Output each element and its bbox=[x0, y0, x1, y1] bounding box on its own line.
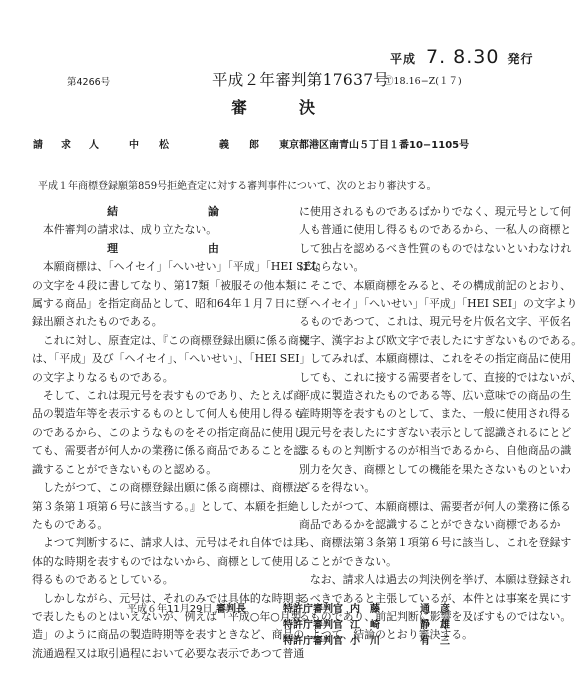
text-line: 現元号を表したにすぎない表示として認識されるにとど bbox=[299, 424, 561, 442]
intro-statement: 平成１年商標登録願第859号拒絶査定に対する審判事件について、次のとおり審決する… bbox=[38, 177, 437, 192]
text-line: のであるから、このようなものをその指定商品に使用し bbox=[32, 424, 294, 442]
text-line: 得るものであるとしている。 bbox=[32, 571, 294, 589]
page-title: 審決 bbox=[231, 95, 315, 118]
judge-role: 特許庁審判官 bbox=[283, 600, 350, 615]
claimant-surname: 中松 bbox=[129, 140, 189, 151]
claimant-label: 請求人 bbox=[33, 140, 117, 151]
text-line: 造」のように商品の製造時期等を表すときなど、商品の bbox=[32, 626, 294, 644]
document-number: 第4266号 bbox=[67, 74, 110, 88]
paragraph-start-line: そこで、本願商標をみると、その構成前記のとおり、 bbox=[299, 277, 561, 295]
judge-name-char: 崎 bbox=[370, 616, 390, 631]
judge-name-char: 藤 bbox=[370, 600, 390, 615]
judge-name-char: 彦 bbox=[440, 600, 460, 615]
heading-char: 由 bbox=[208, 242, 219, 255]
text-line: 「ヘイセイ」「へいせい」「平成」「HEI SEI」の文字よりな bbox=[299, 295, 561, 313]
text-line: の文字を４段に書してなり、第17類「被服その他本類に bbox=[32, 277, 294, 295]
decision-date: 平成６年11月29日 bbox=[127, 600, 212, 615]
body-left-column: 結論本件審判の請求は、成り立たない。理由本願商標は、「ヘイセイ」「へいせい」「平… bbox=[32, 203, 294, 663]
title-char: 審 bbox=[231, 98, 247, 117]
text-line: ら、商標法第３条第１項第６号に該当し、これを登録す bbox=[299, 534, 561, 552]
claimant-line: 請求人中松義郎東京都港区南青山５丁目１番10−1105号 bbox=[33, 136, 469, 151]
paragraph-start-line: してみれば、本願商標は、これをその指定商品に使用 bbox=[299, 350, 561, 368]
panel-member: 特許庁審判官内藤通彦 bbox=[283, 600, 460, 615]
judge-name-char: 江 bbox=[350, 616, 370, 631]
panel-member: 特許庁審判官小川有三 bbox=[283, 632, 460, 647]
paragraph-start-line: なお、請求人は過去の判決例を挙げ、本願は登録され bbox=[299, 571, 561, 589]
judge-name-char: 雄 bbox=[440, 616, 460, 631]
judge-role: 特許庁審判官 bbox=[283, 616, 350, 631]
paragraph-start-line: 本件審判の請求は、成り立たない。 bbox=[32, 221, 294, 239]
judge-name-char: 川 bbox=[370, 632, 390, 647]
text-line: 第３条第１項第６号に該当する。』として、本願を拒絶し bbox=[32, 498, 294, 516]
text-line: 文字、漢字および欧文字で表したにすぎないものである。 bbox=[299, 332, 561, 350]
name-char: 郎 bbox=[249, 140, 259, 151]
text-line: 体的な時期を表すものではないから、商標として使用し bbox=[32, 553, 294, 571]
case-number: 平成２年審判第17637号 bbox=[212, 68, 389, 90]
judge-name-char: 三 bbox=[440, 632, 460, 647]
judge-name-char: 内 bbox=[350, 600, 370, 615]
paragraph-start-line: したがつて、本願商標は、需要者が何人の業務に係る bbox=[299, 498, 561, 516]
text-line: に使用されるものであるばかりでなく、現元号として何 bbox=[299, 203, 561, 221]
text-line: の文字よりなるものである。 bbox=[32, 369, 294, 387]
text-line: 商品であるかを認識することができない商標であるか bbox=[299, 516, 561, 534]
paragraph-start-line: よつて判断するに、請求人は、元号はそれ自体では具 bbox=[32, 534, 294, 552]
paragraph-start-line: そして、これは現元号を表すものであり、たとえば商 bbox=[32, 387, 294, 405]
text-line: ても、需要者が何人かの業務に係る商品であることを認 bbox=[32, 442, 294, 460]
issue-date-value: 7. 8.30 bbox=[426, 46, 499, 68]
judge-name-char: 通 bbox=[420, 600, 440, 615]
text-line: しても、これに接する需要者をして、直接的ではないが、 bbox=[299, 369, 561, 387]
body-right-column: に使用されるものであるばかりでなく、現元号として何人も普通に使用し得るものである… bbox=[299, 203, 561, 645]
section-heading: 結論 bbox=[32, 203, 294, 221]
name-char: 松 bbox=[159, 140, 169, 151]
text-line: ざるを得ない。 bbox=[299, 479, 561, 497]
text-line: は、「平成」及び「ヘイセイ」、「へいせい」、「HEI SEI」 bbox=[32, 350, 294, 368]
text-line: 属する商品」を指定商品として、昭和64年１月７日に登 bbox=[32, 295, 294, 313]
judge-role: 特許庁審判官 bbox=[283, 632, 350, 647]
label-char: 求 bbox=[61, 140, 71, 151]
text-line: たものである。 bbox=[32, 516, 294, 534]
text-line: 人も普通に使用し得るものであるから、一私人の商標と bbox=[299, 221, 561, 239]
label-char: 請 bbox=[33, 140, 43, 151]
text-line: 識することができないものと認める。 bbox=[32, 461, 294, 479]
name-char: 義 bbox=[219, 140, 229, 151]
issue-era: 平成 bbox=[390, 52, 416, 66]
claimant-address: 東京都港区南青山５丁目１番10−1105号 bbox=[279, 140, 469, 151]
heading-char: 論 bbox=[208, 205, 219, 218]
text-line: まるものと判断するのが相当であるから、自他商品の識 bbox=[299, 442, 561, 460]
text-line: 品の製造年等を表示するものとして何人も使用し得るも bbox=[32, 405, 294, 423]
paragraph-start-line: したがつて、この商標登録出願に係る商標は、商標法 bbox=[32, 479, 294, 497]
text-line: ばならない。 bbox=[299, 258, 561, 276]
judge-name-char: 静 bbox=[420, 616, 440, 631]
issue-date: 平成7. 8.30発行 bbox=[390, 46, 534, 68]
text-line: 録出願されたものである。 bbox=[32, 313, 294, 331]
text-line: 流通過程又は取引過程において必要な表示であつて普通 bbox=[32, 645, 294, 663]
section-heading: 理由 bbox=[32, 240, 294, 258]
judge-name-char: 有 bbox=[420, 632, 440, 647]
text-line: 産時期等を表すものとして、また、一般に使用され得る bbox=[299, 405, 561, 423]
claimant-given-name: 義郎 bbox=[219, 140, 279, 151]
label-char: 人 bbox=[89, 140, 99, 151]
text-line: して独占を認めるべき性質のものではないといわなけれ bbox=[299, 240, 561, 258]
title-char: 決 bbox=[299, 98, 315, 117]
text-line: るものであつて、これは、現元号を片仮名文字、平仮名 bbox=[299, 313, 561, 331]
paragraph-start-line: これに対し、原査定は、『この商標登録出願に係る商標 bbox=[32, 332, 294, 350]
classification-code: Ⓣ18.16−Z(１７) bbox=[384, 73, 462, 87]
heading-char: 結 bbox=[107, 205, 118, 218]
text-line: 別力を欠き、商標としての機能を果たさないものといわ bbox=[299, 461, 561, 479]
chief-judge-label: 審判長 bbox=[216, 600, 246, 615]
heading-char: 理 bbox=[107, 242, 118, 255]
text-line: 平成に製造されたものである等、広い意味での商品の生 bbox=[299, 387, 561, 405]
name-char: 中 bbox=[129, 140, 139, 151]
text-line: ることができない。 bbox=[299, 553, 561, 571]
paragraph-start-line: 本願商標は、「ヘイセイ」「へいせい」「平成」「HEI SEI」 bbox=[32, 258, 294, 276]
judge-name-char: 小 bbox=[350, 632, 370, 647]
issue-label: 発行 bbox=[508, 52, 534, 66]
panel-member: 特許庁審判官江崎静雄 bbox=[283, 616, 460, 631]
